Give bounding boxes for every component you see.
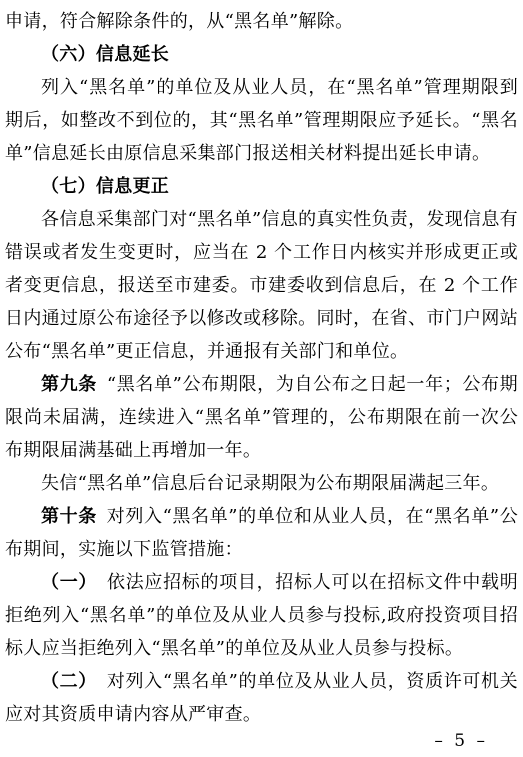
paragraph-continuation: 申请，符合解除条件的，从“黑名单”解除。: [5, 5, 518, 38]
article-number: 第九条: [41, 374, 97, 395]
section-heading-7: （七）信息更正: [5, 170, 518, 203]
paragraph: 各信息采集部门对“黑名单”信息的真实性负责，发现信息有错误或者发生变更时，应当在…: [5, 203, 518, 368]
page-number: – 5 –: [434, 731, 488, 751]
item-number: （一）: [41, 572, 97, 593]
section-heading-6: （六）信息延长: [5, 38, 518, 71]
paragraph-text: 申请，符合解除条件的，从“黑名单”解除。: [5, 11, 353, 32]
paragraph-item-1: （一）依法应招标的项目，招标人可以在招标文件中载明拒绝列入“黑名单”的单位及从业…: [5, 566, 518, 665]
heading-text: （六）信息延长: [41, 44, 169, 65]
paragraph-text: 列入“黑名单”的单位及从业人员，在“黑名单”管理期限到期后，如整改不到位的，其“…: [5, 77, 518, 164]
paragraph-text: 失信“黑名单”信息后台记录期限为公布期限届满起三年。: [41, 473, 499, 494]
article-number: 第十条: [41, 506, 97, 527]
paragraph-text: 各信息采集部门对“黑名单”信息的真实性负责，发现信息有错误或者发生变更时，应当在…: [5, 209, 518, 362]
paragraph-article-9: 第九条“黑名单”公布期限，为自公布之日起一年；公布期限尚未届满，连续进入“黑名单…: [5, 368, 518, 467]
paragraph: 失信“黑名单”信息后台记录期限为公布期限届满起三年。: [5, 467, 518, 500]
item-number: （二）: [41, 671, 97, 692]
page-footer: – 5 –: [5, 731, 518, 757]
heading-text: （七）信息更正: [41, 176, 169, 197]
paragraph-article-10: 第十条对列入“黑名单”的单位和从业人员，在“黑名单”公布期间，实施以下监管措施：: [5, 500, 518, 566]
paragraph: 列入“黑名单”的单位及从业人员，在“黑名单”管理期限到期后，如整改不到位的，其“…: [5, 71, 518, 170]
paragraph-item-2: （二）对列入“黑名单”的单位及从业人员，资质许可机关应对其资质申请内容从严审查。: [5, 665, 518, 731]
document-page: 申请，符合解除条件的，从“黑名单”解除。 （六）信息延长 列入“黑名单”的单位及…: [0, 0, 523, 757]
